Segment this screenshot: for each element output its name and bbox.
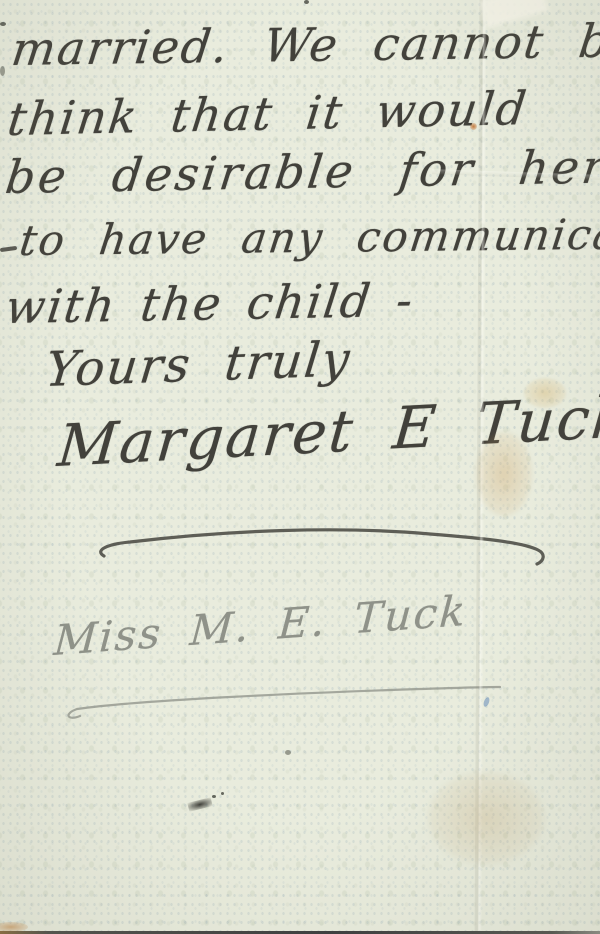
handwritten-line-4: to have any communication: [17, 209, 600, 265]
stain-corner: [0, 922, 28, 932]
valediction: Yours truly: [43, 331, 354, 398]
edge-mark: [0, 22, 6, 26]
edge-mark: [0, 66, 5, 76]
ink-speck: [304, 0, 309, 4]
ink-speck: [221, 792, 224, 795]
ink-speck: [285, 750, 291, 755]
blue-ink-speck: [482, 696, 490, 707]
pencil-annotation: Miss M. E. Tuck: [52, 586, 468, 665]
vertical-fold-crease: [475, 0, 487, 934]
signature: Margaret E Tuck: [55, 382, 600, 480]
stain-bottom: [428, 772, 544, 864]
handwritten-line-3: be desirable for her: [3, 140, 600, 204]
handwritten-line-1: married. We cannot b-: [9, 13, 600, 76]
handwritten-line-5: with the child -: [3, 273, 418, 334]
pen-dash-mark: [0, 246, 17, 252]
letter-page: married. We cannot b- think that it woul…: [0, 0, 600, 934]
ink-speck: [212, 795, 216, 798]
ink-smudge: [187, 797, 212, 812]
handwritten-line-2: think that it would: [5, 81, 531, 146]
